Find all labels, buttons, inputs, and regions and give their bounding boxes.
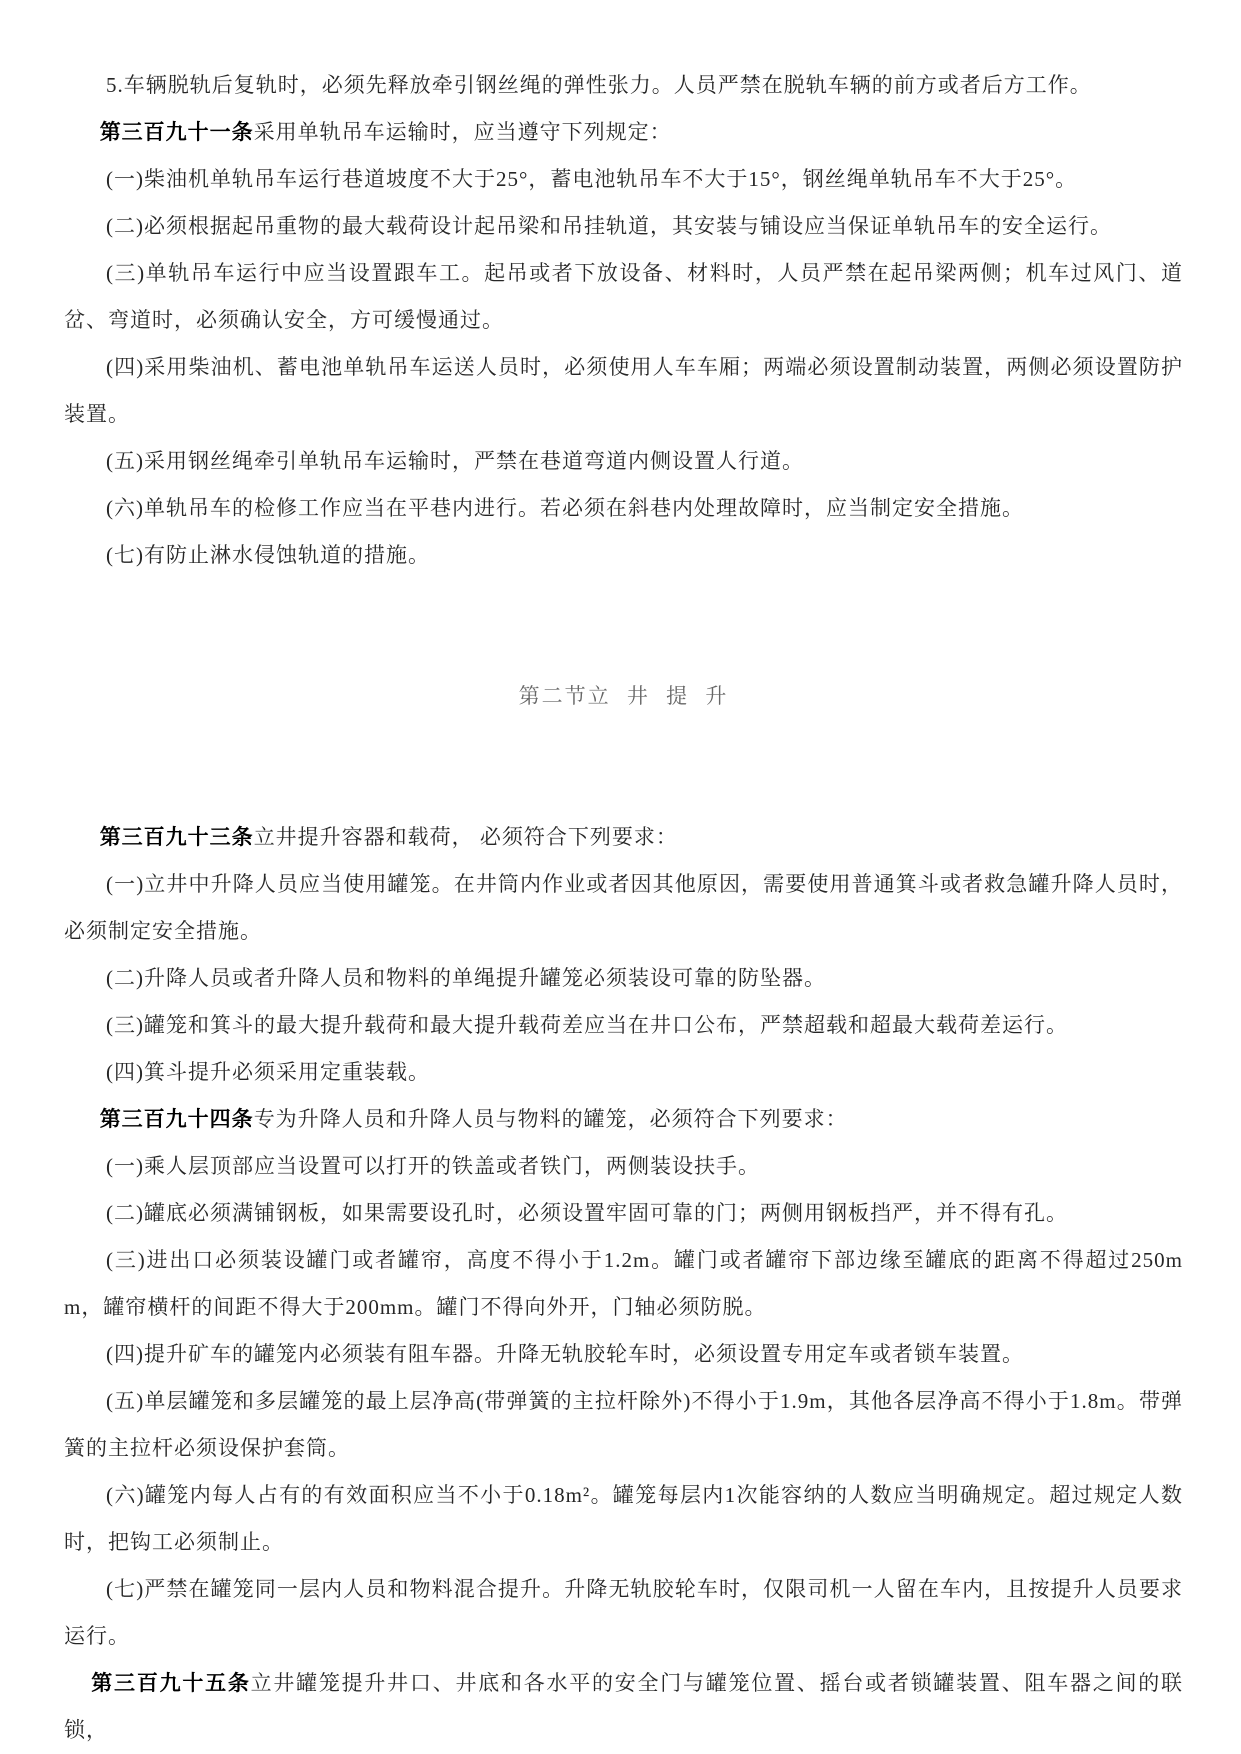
article-paragraph: 第三百九十三条立井提升容器和载荷， 必须符合下列要求： <box>64 814 1183 861</box>
article-paragraph: 第三百九十一条采用单轨吊车运输时，应当遵守下列规定： <box>64 109 1183 156</box>
article-text: 采用单轨吊车运输时，应当遵守下列规定： <box>254 120 672 144</box>
regulation-paragraph: (二)罐底必须满铺钢板，如果需要设孔时，必须设置牢固可靠的门；两侧用钢板挡严，并… <box>64 1190 1183 1237</box>
article-text: 专为升降人员和升降人员与物料的罐笼，必须符合下列要求： <box>254 1107 848 1131</box>
regulation-paragraph: (三)进出口必须装设罐门或者罐帘，高度不得小于1.2m。罐门或者罐帘下部边缘至罐… <box>64 1237 1183 1331</box>
regulation-paragraph: (四)箕斗提升必须采用定重装载。 <box>64 1049 1183 1096</box>
article-paragraph: 第三百九十五条立井罐笼提升井口、井底和各水平的安全门与罐笼位置、摇台或者锁罐装置… <box>64 1660 1183 1754</box>
regulation-paragraph: (七)有防止淋水侵蚀轨道的措施。 <box>64 532 1183 579</box>
regulation-paragraph: (七)严禁在罐笼同一层内人员和物料混合提升。升降无轨胶轮车时，仅限司机一人留在车… <box>64 1566 1183 1660</box>
regulation-paragraph: (五)采用钢丝绳牵引单轨吊车运输时，严禁在巷道弯道内侧设置人行道。 <box>64 438 1183 485</box>
regulation-paragraph: 5.车辆脱轨后复轨时，必须先释放牵引钢丝绳的弹性张力。人员严禁在脱轨车辆的前方或… <box>64 62 1183 109</box>
article-paragraph: 第三百九十四条专为升降人员和升降人员与物料的罐笼，必须符合下列要求： <box>64 1096 1183 1143</box>
regulation-paragraph: (一)立井中升降人员应当使用罐笼。在井筒内作业或者因其他原因，需要使用普通箕斗或… <box>64 861 1183 955</box>
article-number: 第三百九十四条 <box>100 1107 254 1131</box>
article-number: 第三百九十五条 <box>91 1671 250 1695</box>
article-number: 第三百九十三条 <box>100 825 254 849</box>
document-page: 5.车辆脱轨后复轨时，必须先释放牵引钢丝绳的弹性张力。人员严禁在脱轨车辆的前方或… <box>0 0 1241 1754</box>
regulation-paragraph: (六)单轨吊车的检修工作应当在平巷内进行。若必须在斜巷内处理故障时，应当制定安全… <box>64 485 1183 532</box>
article-text: 立井提升容器和载荷， 必须符合下列要求： <box>254 825 678 849</box>
section-heading: 第二节立 井 提 升 <box>64 673 1183 720</box>
regulation-paragraph: (一)乘人层顶部应当设置可以打开的铁盖或者铁门，两侧装设扶手。 <box>64 1143 1183 1190</box>
article-number: 第三百九十一条 <box>100 120 254 144</box>
regulation-paragraph: (五)单层罐笼和多层罐笼的最上层净高(带弹簧的主拉杆除外)不得小于1.9m，其他… <box>64 1378 1183 1472</box>
regulation-paragraph: (一)柴油机单轨吊车运行巷道坡度不大于25°，蓄电池轨吊车不大于15°，钢丝绳单… <box>64 156 1183 203</box>
regulation-paragraph: (四)提升矿车的罐笼内必须装有阻车器。升降无轨胶轮车时，必须设置专用定车或者锁车… <box>64 1331 1183 1378</box>
regulation-paragraph: (三)罐笼和箕斗的最大提升载荷和最大提升载荷差应当在井口公布，严禁超载和超最大载… <box>64 1002 1183 1049</box>
regulation-paragraph: (二)必须根据起吊重物的最大载荷设计起吊梁和吊挂轨道，其安装与铺设应当保证单轨吊… <box>64 203 1183 250</box>
regulation-paragraph: (三)单轨吊车运行中应当设置跟车工。起吊或者下放设备、材料时，人员严禁在起吊梁两… <box>64 250 1183 344</box>
regulation-paragraph: (六)罐笼内每人占有的有效面积应当不小于0.18m²。罐笼每层内1次能容纳的人数… <box>64 1472 1183 1566</box>
regulation-paragraph: (四)采用柴油机、蓄电池单轨吊车运送人员时，必须使用人车车厢；两端必须设置制动装… <box>64 344 1183 438</box>
regulation-paragraph: (二)升降人员或者升降人员和物料的单绳提升罐笼必须装设可靠的防坠器。 <box>64 955 1183 1002</box>
